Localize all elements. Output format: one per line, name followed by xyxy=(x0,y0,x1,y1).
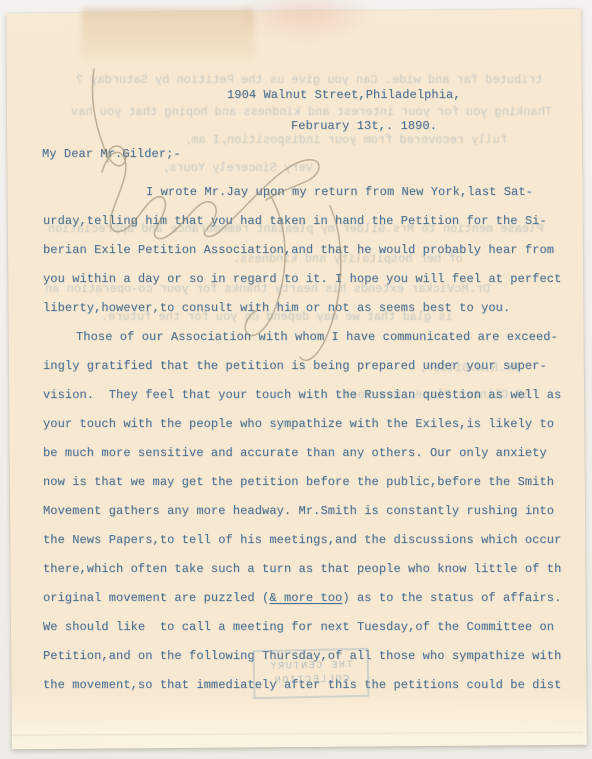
paper-discoloration-patch xyxy=(82,8,254,66)
body-line: urday,telling him that you had taken in … xyxy=(43,207,578,236)
address-line: 1904 Walnut Street,Philadelphia, xyxy=(227,88,461,102)
body-line: Those of our Association with whom I hav… xyxy=(43,323,578,352)
body-line: you within a day or so in regard to it. … xyxy=(43,265,578,294)
body-line: Movement gathers any more headway. Mr.Sm… xyxy=(43,497,578,526)
stamp-line: THE CENTURY xyxy=(269,660,353,673)
date-line: February 13t,. 1890. xyxy=(291,119,437,133)
body-line-segment: original movement are puzzled ( xyxy=(43,591,269,605)
stamp-line: COLLECTION xyxy=(273,674,349,687)
body-line: I wrote Mr.Jay upon my return from New Y… xyxy=(43,178,578,207)
stamp-the-century-collection: THE CENTURY COLLECTION xyxy=(252,648,369,699)
bleedthrough-text-line: Very Sincerely Yours, xyxy=(162,161,313,175)
body-line-segment: ) as to the status of affairs. xyxy=(342,591,561,605)
body-line: vision. They feel that your touch with t… xyxy=(43,381,578,410)
salutation: My Dear Mr.Gilder;- xyxy=(42,147,181,161)
body-line: there,which often take such a turn as th… xyxy=(43,555,578,584)
body-line: liberty,however,to consult with him or n… xyxy=(43,294,578,323)
bleedthrough-text-line: fully recovered from your indisposition,… xyxy=(184,133,507,147)
paper-pink-stain xyxy=(238,0,373,42)
body-line: the News Papers,to tell of his meetings,… xyxy=(43,526,578,555)
bleedthrough-text-line: tributed far and wide. Can you give us t… xyxy=(76,73,543,87)
body-line: be much more sensitive and accurate than… xyxy=(43,439,578,468)
bleedthrough-text-line: Thanking you for your interest and kindn… xyxy=(71,105,552,119)
letter-body: I wrote Mr.Jay upon my return from New Y… xyxy=(43,178,578,700)
underlined-phrase: & more too xyxy=(269,591,342,605)
body-line: ingly gratified that the petition is bei… xyxy=(43,352,578,381)
body-line-with-underline: original movement are puzzled (& more to… xyxy=(43,584,578,613)
body-line: berian Exile Petition Association,and th… xyxy=(43,236,578,265)
body-line: We should like to call a meeting for nex… xyxy=(43,613,578,642)
body-line: now is that we may get the petition befo… xyxy=(43,468,578,497)
body-line: your touch with the people who sympathiz… xyxy=(43,410,578,439)
